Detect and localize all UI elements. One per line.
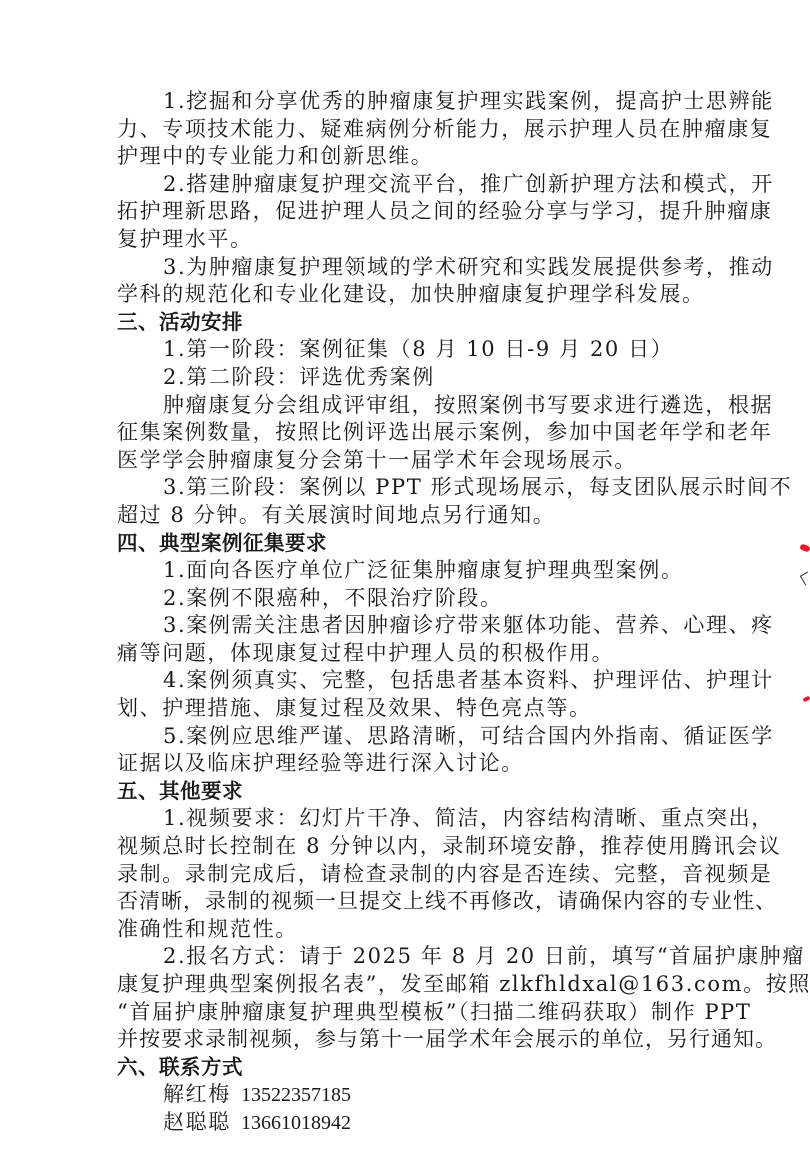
schedule-item-2-detail: 肿瘤康复分会组成评审组，按照案例书写要求进行遴选，根据 征集案例数量，按照比例评… — [117, 392, 679, 475]
requirement-item-1: 1.面向各医疗单位广泛征集肿瘤康复护理典型案例。 — [117, 557, 679, 585]
requirement-item-4: 4.案例须真实、完整，包括患者基本资料、护理评估、护理计 划、护理措施、康复过程… — [117, 667, 679, 722]
schedule-item-3: 3.第三阶段：案例以 PPT 形式现场展示，每支团队展示时间不 超过 8 分钟。… — [117, 474, 679, 529]
requirement-item-2: 2.案例不限癌种，不限治疗阶段。 — [117, 585, 679, 613]
section-heading-other-requirements: 五、其他要求 — [117, 778, 679, 806]
text-line: 超过 8 分钟。有关展演时间地点另行通知。 — [117, 502, 679, 530]
objective-item-2: 2.搭建肿瘤康复护理交流平台，推广创新护理方法和模式，开 拓护理新思路，促进护理… — [117, 171, 679, 254]
text-line: 2.案例不限癌种，不限治疗阶段。 — [117, 585, 679, 613]
section-heading-contact: 六、联系方式 — [117, 1054, 679, 1082]
seal-stamp-fragment-icon — [799, 543, 810, 552]
text-line: 复护理水平。 — [117, 226, 679, 254]
text-line: 3.为肿瘤康复护理领域的学术研究和实践发展提供参考，推动 — [117, 254, 679, 282]
other-requirement-video: 1.视频要求：幻灯片干净、简洁，内容结构清晰、重点突出， 视频总时长控制在 8 … — [117, 805, 679, 943]
text-line: 护理中的专业能力和创新思维。 — [117, 143, 679, 171]
objective-item-1: 1.挖掘和分享优秀的肿瘤康复护理实践案例，提高护士思辨能 力、专项技术能力、疑难… — [117, 88, 679, 171]
text-line: 录制。录制完成后，请检查录制的内容是否连续、完整，音视频是 — [117, 861, 679, 889]
contact-name: 赵聪聪 — [163, 1109, 241, 1137]
document-page: 1.挖掘和分享优秀的肿瘤康复护理实践案例，提高护士思辨能 力、专项技术能力、疑难… — [117, 88, 679, 1137]
contact-row: 赵聪聪13661018942 — [117, 1109, 679, 1137]
text-line: 2.搭建肿瘤康复护理交流平台，推广创新护理方法和模式，开 — [117, 171, 679, 199]
text-line: “首届护康肿瘤康复护理典型模板”（扫描二维码获取）制作 PPT — [117, 999, 679, 1027]
text-line: 肿瘤康复分会组成评审组，按照案例书写要求进行遴选，根据 — [117, 392, 679, 420]
objective-item-3: 3.为肿瘤康复护理领域的学术研究和实践发展提供参考，推动 学科的规范化和专业化建… — [117, 254, 679, 309]
text-line: 4.案例须真实、完整，包括患者基本资料、护理评估、护理计 — [117, 667, 679, 695]
text-line: 2.报名方式：请于 2025 年 8 月 20 日前，填写“首届护康肿瘤 — [117, 943, 679, 971]
text-line: 征集案例数量，按照比例评选出展示案例，参加中国老年学和老年 — [117, 419, 679, 447]
text-line: 否清晰，录制的视频一旦提交上线不再修改，请确保内容的专业性、 — [117, 888, 679, 916]
text-line: 痛等问题，体现康复过程中护理人员的积极作用。 — [117, 640, 679, 668]
text-line: 准确性和规范性。 — [117, 916, 679, 944]
contact-phone: 13661018942 — [241, 1112, 351, 1134]
contact-phone: 13522357185 — [241, 1084, 351, 1106]
text-line: 医学学会肿瘤康复分会第十一届学术年会现场展示。 — [117, 447, 679, 475]
text-line: 2.第二阶段：评选优秀案例 — [117, 364, 679, 392]
text-line: 1.视频要求：幻灯片干净、简洁，内容结构清晰、重点突出， — [117, 805, 679, 833]
text-line: 证据以及临床护理经验等进行深入讨论。 — [117, 750, 679, 778]
contact-row: 解红梅13522357185 — [117, 1081, 679, 1109]
other-requirement-registration: 2.报名方式：请于 2025 年 8 月 20 日前，填写“首届护康肿瘤 康复护… — [117, 943, 679, 1053]
requirement-item-3: 3.案例需关注患者因肿瘤诊疗带来躯体功能、营养、心理、疼 痛等问题，体现康复过程… — [117, 612, 679, 667]
text-line: 并按要求录制视频，参与第十一届学术年会展示的单位，另行通知。 — [117, 1026, 679, 1054]
seal-stamp-fragment-icon — [802, 696, 810, 703]
schedule-item-1: 1.第一阶段：案例征集（8 月 10 日-9 月 20 日） — [117, 336, 679, 364]
text-line: 学科的规范化和专业化建设，加快肿瘤康复护理学科发展。 — [117, 281, 679, 309]
section-heading-case-requirements: 四、典型案例征集要求 — [117, 530, 679, 558]
text-line: 拓护理新思路，促进护理人员之间的经验分享与学习，提升肿瘤康 — [117, 198, 679, 226]
text-line: 1.挖掘和分享优秀的肿瘤康复护理实践案例，提高护士思辨能 — [117, 88, 679, 116]
text-line: 视频总时长控制在 8 分钟以内，录制环境安静，推荐使用腾讯会议 — [117, 833, 679, 861]
section-heading-activity-schedule: 三、活动安排 — [117, 309, 679, 337]
text-line: 划、护理措施、康复过程及效果、特色亮点等。 — [117, 695, 679, 723]
requirement-item-5: 5.案例应思维严谨、思路清晰，可结合国内外指南、循证医学 证据以及临床护理经验等… — [117, 723, 679, 778]
seal-stamp-glyph-fragment-icon — [800, 571, 810, 585]
text-line: 5.案例应思维严谨、思路清晰，可结合国内外指南、循证医学 — [117, 723, 679, 751]
text-line: 力、专项技术能力、疑难病例分析能力，展示护理人员在肿瘤康复 — [117, 116, 679, 144]
text-line: 1.第一阶段：案例征集（8 月 10 日-9 月 20 日） — [117, 336, 679, 364]
contact-name: 解红梅 — [163, 1081, 241, 1109]
text-line: 康复护理典型案例报名表”，发至邮箱 zlkfhldxal@163.com。按照 — [117, 971, 679, 999]
text-line: 3.案例需关注患者因肿瘤诊疗带来躯体功能、营养、心理、疼 — [117, 612, 679, 640]
text-line: 1.面向各医疗单位广泛征集肿瘤康复护理典型案例。 — [117, 557, 679, 585]
schedule-item-2: 2.第二阶段：评选优秀案例 — [117, 364, 679, 392]
text-line: 3.第三阶段：案例以 PPT 形式现场展示，每支团队展示时间不 — [117, 474, 679, 502]
